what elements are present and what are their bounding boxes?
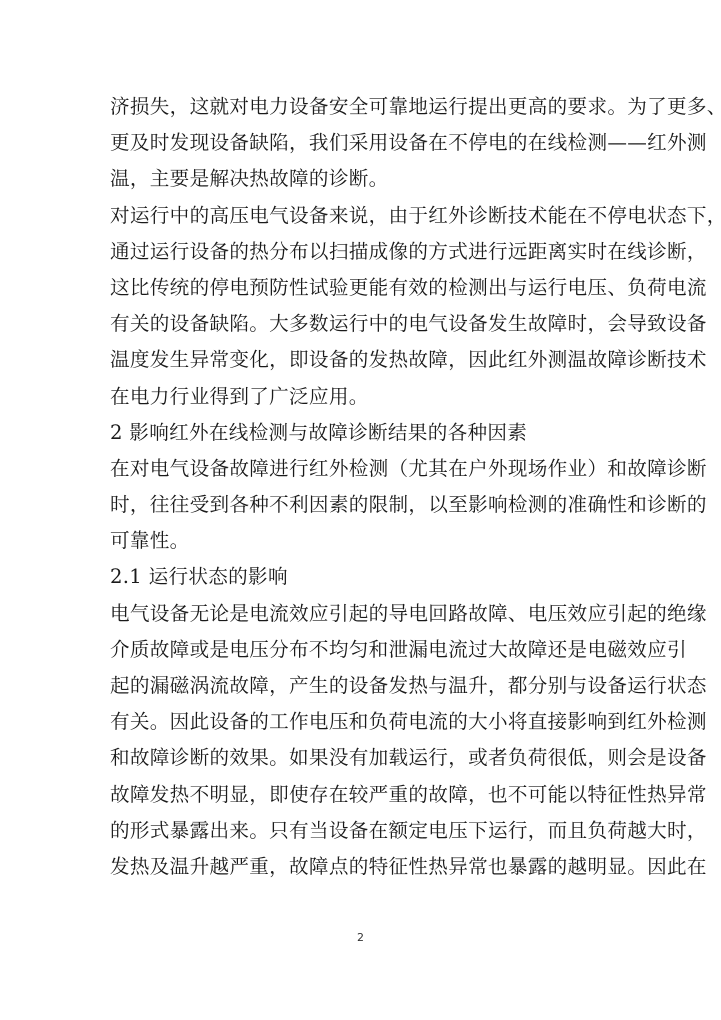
text-line: 有关的设备缺陷。大多数运行中的电气设备发生故障时，会导致设备 [110, 306, 612, 342]
paragraph: 在对电气设备故障进行红外检测（尤其在户外现场作业）和故障诊断 时，往往受到各种不… [110, 451, 612, 560]
text-line: 可靠性。 [110, 523, 612, 559]
document-body: 济损失，这就对电力设备安全可靠地运行提出更高的要求。为了更多、 更及时发现设备缺… [110, 89, 612, 885]
text-line: 通过运行设备的热分布以扫描成像的方式进行远距离实时在线诊断， [110, 234, 612, 270]
text-line: 温，主要是解决热故障的诊断。 [110, 161, 612, 197]
text-line: 更及时发现设备缺陷，我们采用设备在不停电的在线检测——红外测 [110, 125, 612, 161]
text-line: 介质故障或是电压分布不均匀和泄漏电流过大故障还是电磁效应引 [110, 632, 612, 668]
text-line: 发热及温升越严重，故障点的特征性热异常也暴露的越明显。因此在 [110, 849, 612, 885]
subsection-heading: 2.1 运行状态的影响 [110, 559, 612, 595]
text-line: 在对电气设备故障进行红外检测（尤其在户外现场作业）和故障诊断 [110, 451, 612, 487]
text-line: 故障发热不明显，即使存在较严重的故障，也不可能以特征性热异常 [110, 777, 612, 813]
section-heading-text: 2 影响红外在线检测与故障诊断结果的各种因素 [110, 415, 612, 451]
text-line: 的形式暴露出来。只有当设备在额定电压下运行，而且负荷越大时， [110, 813, 612, 849]
paragraph: 对运行中的高压电气设备来说，由于红外诊断技术能在不停电状态下， 通过运行设备的热… [110, 198, 612, 415]
subsection-heading-text: 2.1 运行状态的影响 [110, 559, 612, 595]
text-line: 电气设备无论是电流效应引起的导电回路故障、电压效应引起的绝缘 [110, 596, 612, 632]
text-line: 有关。因此设备的工作电压和负荷电流的大小将直接影响到红外检测 [110, 704, 612, 740]
text-line: 在电力行业得到了广泛应用。 [110, 379, 612, 415]
text-line: 温度发生异常变化，即设备的发热故障，因此红外测温故障诊断技术 [110, 342, 612, 378]
document-page: 济损失，这就对电力设备安全可靠地运行提出更高的要求。为了更多、 更及时发现设备缺… [0, 0, 721, 1020]
text-line: 起的漏磁涡流故障，产生的设备发热与温升，都分别与设备运行状态 [110, 668, 612, 704]
text-line: 时，往往受到各种不利因素的限制，以至影响检测的准确性和诊断的 [110, 487, 612, 523]
text-line: 济损失，这就对电力设备安全可靠地运行提出更高的要求。为了更多、 [110, 89, 612, 125]
paragraph: 电气设备无论是电流效应引起的导电回路故障、电压效应引起的绝缘 介质故障或是电压分… [110, 596, 612, 886]
text-line: 对运行中的高压电气设备来说，由于红外诊断技术能在不停电状态下， [110, 198, 612, 234]
section-heading: 2 影响红外在线检测与故障诊断结果的各种因素 [110, 415, 612, 451]
paragraph: 济损失，这就对电力设备安全可靠地运行提出更高的要求。为了更多、 更及时发现设备缺… [110, 89, 612, 198]
text-line: 这比传统的停电预防性试验更能有效的检测出与运行电压、负荷电流 [110, 270, 612, 306]
text-line: 和故障诊断的效果。如果没有加载运行，或者负荷很低，则会是设备 [110, 740, 612, 776]
page-number: 2 [0, 931, 721, 944]
